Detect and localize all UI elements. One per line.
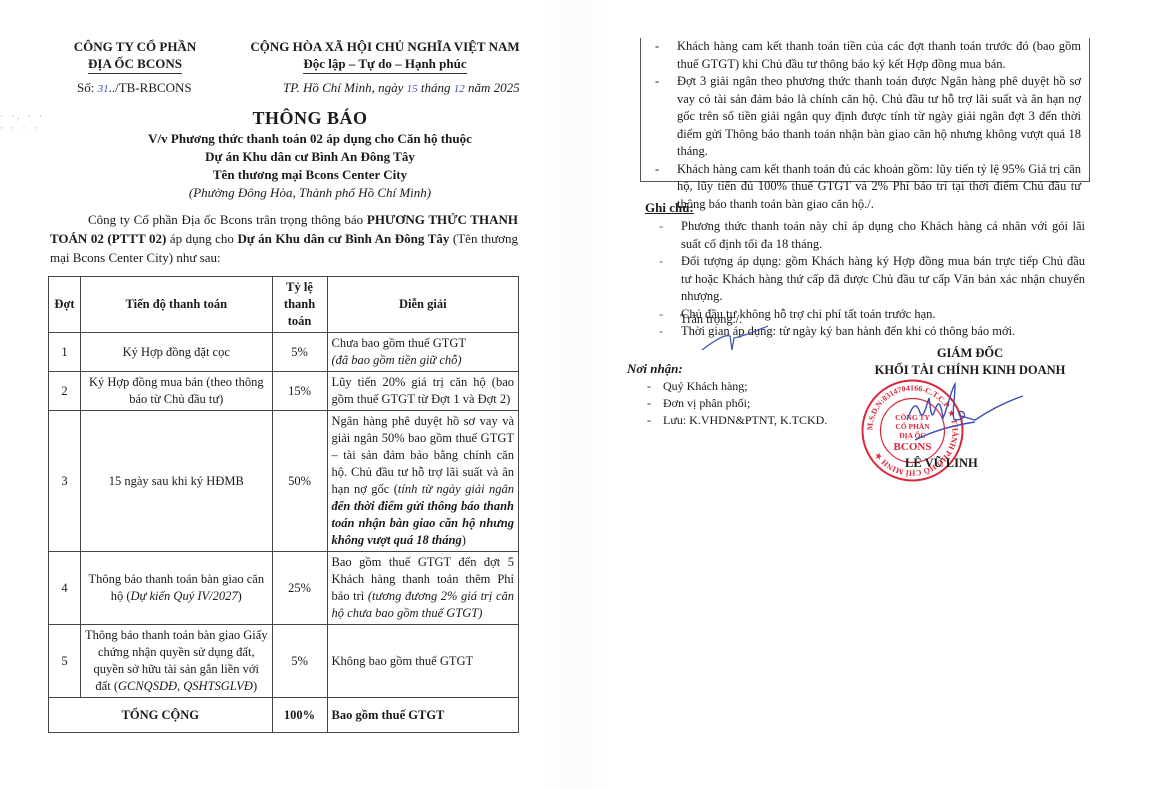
cell-description: Ngân hàng phê duyệt hồ sơ vay và giải ng… [327,411,518,552]
document-subject: V/v Phương thức thanh toán 02 áp dụng ch… [60,130,560,202]
cell-installment: 5 [49,625,81,698]
document-title: THÔNG BÁO [100,108,520,129]
republic-line1: CỘNG HÒA XÃ HỘI CHỦ NGHĨA VIỆT NAM [235,38,535,55]
recipient-item: Lưu: K.VHDN&PTNT, K.TCKD. [627,412,867,429]
total-description: Bao gồm thuế GTGT [327,698,518,733]
cell-installment: 3 [49,411,81,552]
cell-schedule: Ký Hợp đồng đặt cọc [80,333,272,372]
cell-schedule: 15 ngày sau khi ký HĐMB [80,411,272,552]
total-label: TỔNG CỘNG [49,698,273,733]
handwritten-day: 15 [407,83,418,95]
subject-line4: (Phường Đông Hòa, Thành phố Hồ Chí Minh) [60,184,560,202]
table-row: 2Ký Hợp đồng mua bán (theo thông báo từ … [49,372,519,411]
document-number: Số: 31../TB-RBCONS [77,80,192,96]
company-line2: ĐỊA ỐC BCONS [88,55,182,74]
intro-paragraph: Công ty Cổ phần Địa ốc Bcons trân trọng … [50,210,518,267]
remark-item: Phương thức thanh toán này chỉ áp dụng c… [645,218,1085,253]
cell-installment: 1 [49,333,81,372]
commitment-item: Đợt 3 giải ngân theo phương thức thanh t… [641,73,1081,161]
cell-installment: 2 [49,372,81,411]
cell-schedule: Ký Hợp đồng mua bán (theo thông báo từ C… [80,372,272,411]
cell-description: Lũy tiến 20% giá trị căn hộ (bao gồm thu… [327,372,518,411]
handwritten-month: 12 [454,83,465,95]
page-fold-shade [545,0,605,790]
cell-rate: 50% [272,411,327,552]
company-name: CÔNG TY CỔ PHẦN ĐỊA ỐC BCONS [60,38,210,74]
cell-rate: 25% [272,552,327,625]
commitment-item: Khách hàng cam kết thanh toán tiền của c… [641,38,1081,73]
signer-name: LÊ VŨ LINH [905,456,978,471]
date-line: TP. Hồ Chí Minh, ngày 15 tháng 12 năm 20… [283,80,520,96]
table-row: 5Thông báo thanh toán bàn giao Giấy chứn… [49,625,519,698]
cell-description: Chưa bao gồm thuế GTGT(đã bao gồm tiền g… [327,333,518,372]
recipients-list: Quý Khách hàng;Đơn vị phân phối;Lưu: K.V… [627,378,867,429]
commitments-box: Khách hàng cam kết thanh toán tiền của c… [640,38,1090,182]
payment-schedule-table: Đợt Tiến độ thanh toán Tỷ lệ thanh toán … [48,276,519,733]
recipients-heading: Nơi nhận: [627,361,867,377]
cell-rate: 5% [272,625,327,698]
table-row: 1Ký Hợp đồng đặt cọc5%Chưa bao gồm thuế … [49,333,519,372]
national-motto: CỘNG HÒA XÃ HỘI CHỦ NGHĨA VIỆT NAM Độc l… [235,38,535,74]
cell-rate: 5% [272,333,327,372]
recipient-item: Quý Khách hàng; [627,378,867,395]
table-row: 4Thông báo thanh toán bàn giao căn hộ (D… [49,552,519,625]
total-rate: 100% [272,698,327,733]
col-header-installment: Đợt [49,277,81,333]
cell-rate: 15% [272,372,327,411]
republic-line2: Độc lập – Tự do – Hạnh phúc [303,55,466,74]
recipients-section: Nơi nhận: Quý Khách hàng;Đơn vị phân phố… [627,361,867,429]
initials-signature-icon [700,322,770,352]
subject-line2: Dự án Khu dân cư Bình An Đông Tây [60,148,560,166]
cell-description: Không bao gồm thuế GTGT [327,625,518,698]
subject-line1: V/v Phương thức thanh toán 02 áp dụng ch… [60,130,560,148]
director-signature-icon [905,380,1025,450]
table-row: 315 ngày sau khi ký HĐMB50%Ngân hàng phê… [49,411,519,552]
cell-schedule: Thông báo thanh toán bàn giao căn hộ (Dự… [80,552,272,625]
cell-schedule: Thông báo thanh toán bàn giao Giấy chứng… [80,625,272,698]
cell-installment: 4 [49,552,81,625]
signatory-title: GIÁM ĐỐC KHỐI TÀI CHÍNH KINH DOANH [860,345,1080,379]
faded-scan-marks: · ·. · ·· · · · [0,110,60,140]
subject-line3: Tên thương mại Bcons Center City [60,166,560,184]
col-header-description: Diễn giải [327,277,518,333]
remarks-heading: Ghi chú: [645,200,1085,216]
company-line1: CÔNG TY CỔ PHẦN [60,38,210,55]
handwritten-number: 31 [98,83,109,95]
remark-item: Đối tượng áp dụng: gồm Khách hàng ký Hợp… [645,253,1085,306]
col-header-schedule: Tiến độ thanh toán [80,277,272,333]
table-total-row: TỔNG CỘNG 100% Bao gồm thuế GTGT [49,698,519,733]
commitments-list: Khách hàng cam kết thanh toán tiền của c… [641,38,1089,213]
cell-description: Bao gồm thuế GTGT đến đợt 5 Khách hàng t… [327,552,518,625]
table-header-row: Đợt Tiến độ thanh toán Tỷ lệ thanh toán … [49,277,519,333]
recipient-item: Đơn vị phân phối; [627,395,867,412]
col-header-rate: Tỷ lệ thanh toán [272,277,327,333]
